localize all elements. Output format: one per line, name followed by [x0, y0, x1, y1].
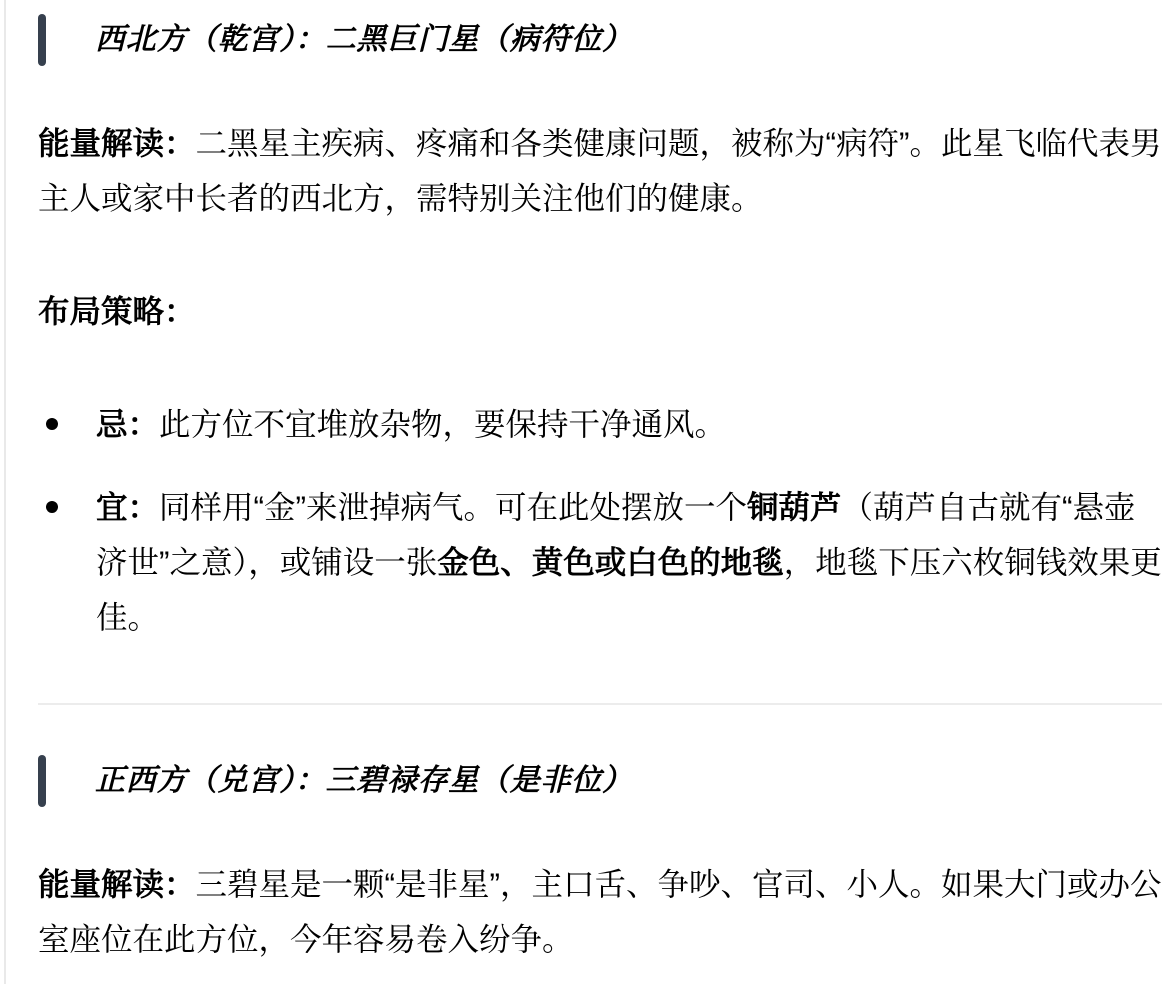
section-heading-northwest: 西北方（乾宫）：二黑巨门星（病符位） [38, 14, 1162, 66]
section-divider [38, 703, 1162, 705]
list-item-favor-text-1: 同样用“金”来泄掉病气。可在此处摆放一个 [159, 489, 747, 525]
strategy-list: 忌：此方位不宜堆放杂物，要保持干净通风。 宜：同样用“金”来泄掉病气。可在此处摆… [38, 397, 1162, 645]
paragraph-layout-strategy: 布局策略： [38, 284, 1162, 339]
paragraph-label-strategy: 布局策略： [38, 293, 196, 329]
heading-northwest-title: 西北方（乾宫）：二黑巨门星（病符位） [95, 14, 633, 66]
list-item-favor: 宜：同样用“金”来泄掉病气。可在此处摆放一个铜葫芦（葫芦自古就有“悬壶济世”之意… [96, 480, 1162, 645]
heading-west-title: 正西方（兑宫）：三碧禄存星（是非位） [95, 755, 633, 807]
quote-bar-icon [38, 755, 46, 807]
section-heading-west: 正西方（兑宫）：三碧禄存星（是非位） [38, 755, 1162, 807]
paragraph-label-energy-1: 能量解读： [38, 125, 196, 161]
paragraph-label-energy-2: 能量解读： [38, 866, 196, 902]
bullet-icon [46, 501, 58, 513]
list-item-avoid-body: 此方位不宜堆放杂物，要保持干净通风。 [159, 406, 726, 442]
list-item-favor-bold-carpet: 金色、黄色或白色的地毯 [437, 544, 784, 580]
list-item-favor-label: 宜： [96, 489, 159, 525]
list-item-avoid-label: 忌： [96, 406, 159, 442]
paragraph-body-energy-2: 三碧星是一颗“是非星”，主口舌、争吵、官司、小人。如果大门或办公室座位在此方位，… [38, 866, 1162, 957]
bullet-icon [46, 418, 58, 430]
article-content: 西北方（乾宫）：二黑巨门星（病符位） 能量解读：二黑星主疾病、疼痛和各类健康问题… [0, 0, 1176, 967]
list-item-favor-bold-copper-gourd: 铜葫芦 [747, 489, 842, 525]
paragraph-energy-reading-1: 能量解读：二黑星主疾病、疼痛和各类健康问题，被称为“病符”。此星飞临代表男主人或… [38, 116, 1162, 226]
list-item-avoid: 忌：此方位不宜堆放杂物，要保持干净通风。 [96, 397, 1162, 452]
quote-bar-icon [38, 14, 46, 66]
panel-left-border [4, 0, 6, 984]
paragraph-energy-reading-2: 能量解读：三碧星是一颗“是非星”，主口舌、争吵、官司、小人。如果大门或办公室座位… [38, 857, 1162, 967]
paragraph-body-energy-1: 二黑星主疾病、疼痛和各类健康问题，被称为“病符”。此星飞临代表男主人或家中长者的… [38, 125, 1162, 216]
